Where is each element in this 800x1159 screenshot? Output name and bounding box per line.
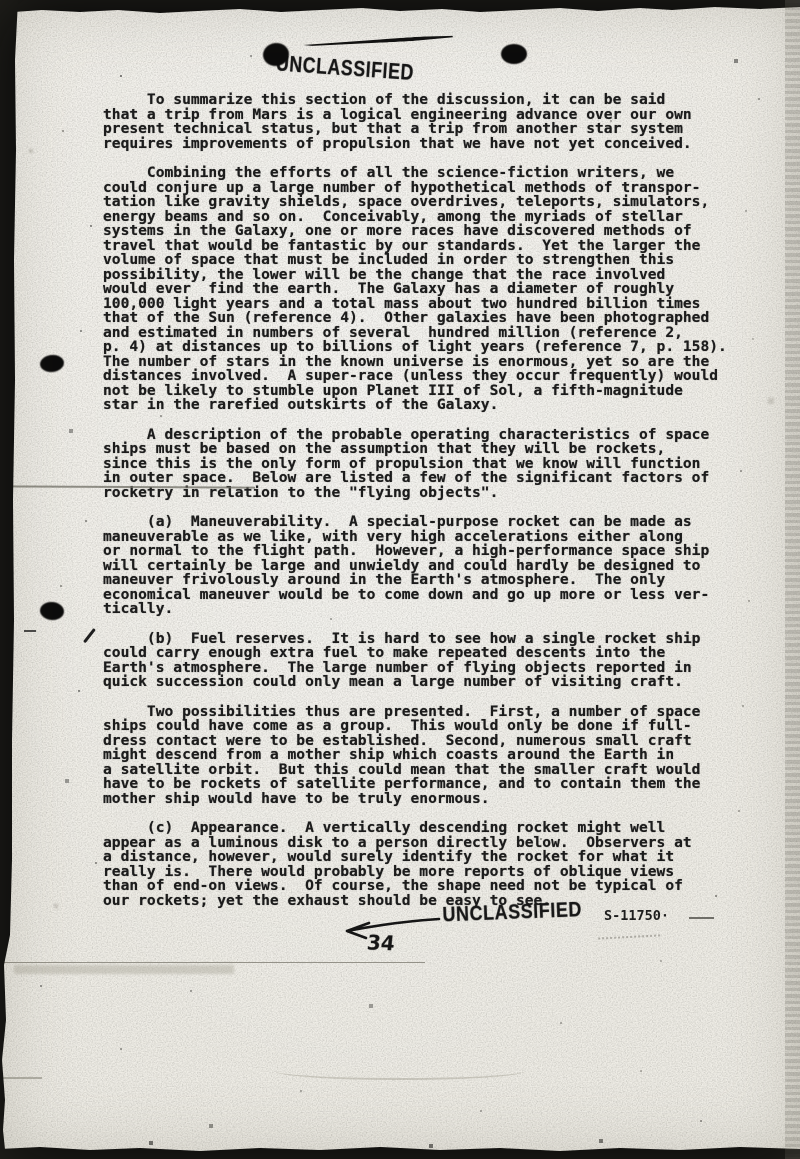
scanned-document-page: UNCLASSIFIED To summarize this section o…	[0, 0, 800, 1159]
scan-edge-right	[785, 0, 800, 1159]
paragraph-c-appearance: (c) Appearance. A vertically descending …	[103, 821, 763, 908]
unclassified-stamp-bottom: UNCLASSIFIED	[442, 897, 582, 928]
paragraph-b-fuel-reserves: (b) Fuel reserves. It is hard to see how…	[103, 632, 763, 690]
pen-squiggle-mark	[598, 930, 660, 939]
paragraph-science-fiction: Combining the efforts of all the science…	[103, 166, 763, 413]
scan-artifact-line	[0, 962, 425, 963]
page-number: 34	[366, 931, 396, 956]
document-body: To summarize this section of the discuss…	[103, 93, 763, 923]
stamp-strike-mark	[303, 35, 453, 47]
scan-edge-left	[0, 0, 20, 1159]
scan-artifact-line	[0, 1077, 42, 1079]
pen-dash-mark	[689, 917, 714, 919]
punch-hole-mark	[39, 354, 65, 373]
paragraph-two-possibilities: Two possibilities thus are presented. Fi…	[103, 705, 763, 807]
scan-edge-bottom	[0, 1145, 800, 1159]
punch-hole-mark	[501, 44, 527, 64]
scan-edge-top	[0, 0, 800, 14]
scan-artifact-curve	[275, 1062, 525, 1080]
punch-hole-mark	[39, 601, 64, 621]
pen-slash-mark	[83, 628, 95, 643]
pen-tick-mark	[24, 630, 36, 632]
scan-smudge	[14, 965, 234, 974]
paragraph-summary: To summarize this section of the discuss…	[103, 93, 763, 151]
document-number: S-11750·	[604, 908, 669, 924]
paragraph-a-maneuverability: (a) Maneuverability. A special-purpose r…	[103, 515, 763, 617]
unclassified-stamp-top: UNCLASSIFIED	[275, 50, 415, 86]
paragraph-rocket-assumption: A description of the probable operating …	[103, 428, 763, 501]
